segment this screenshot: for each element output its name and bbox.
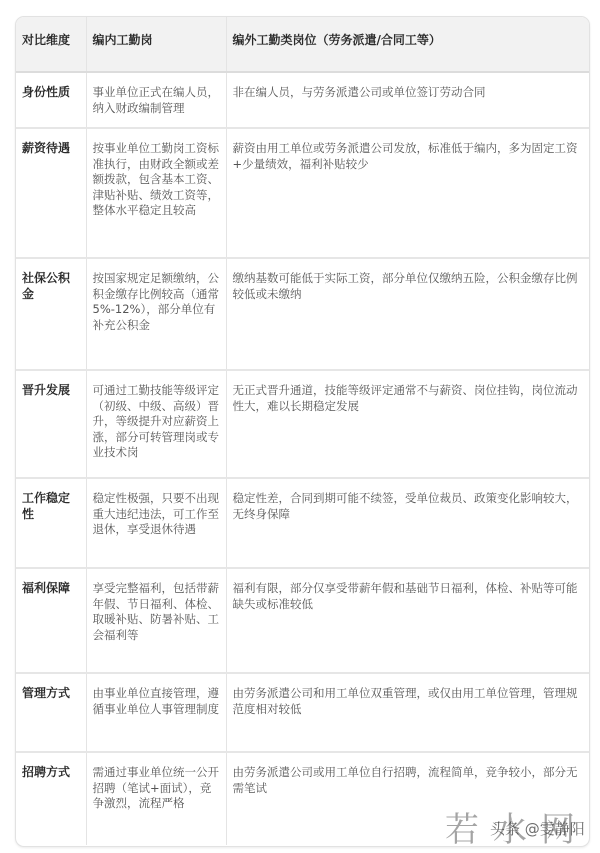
table-row: 薪资待遇 按事业单位工勤岗工资标准执行，由财政全额或差额拨款，包含基本工资、津贴…	[16, 128, 589, 258]
table-row: 晋升发展 可通过工勤技能等级评定（初级、中级、高级）晋升，等级提升对应薪资上涨，…	[16, 370, 589, 478]
row-dimension: 身份性质	[16, 72, 86, 128]
row-inside-value: 需通过事业单位统一公开招聘（笔试+面试），竞争激烈，流程严格	[86, 752, 226, 845]
row-inside-value: 可通过工勤技能等级评定（初级、中级、高级）晋升，等级提升对应薪资上涨，部分可转管…	[86, 370, 226, 478]
table-row: 福利保障 享受完整福利，包括带薪年假、节日福利、体检、取暖补贴、防暑补贴、工会福…	[16, 568, 589, 673]
table-row: 工作稳定性 稳定性极强，只要不出现重大违纪违法，可工作至退休，享受退休待遇 稳定…	[16, 478, 589, 568]
row-outside-value: 稳定性差，合同到期可能不续签，受单位裁员、政策变化影响较大，无终身保障	[226, 478, 589, 568]
row-dimension: 招聘方式	[16, 752, 86, 845]
row-dimension: 晋升发展	[16, 370, 86, 478]
table-header-row: 对比维度 编内工勤岗 编外工勤类岗位（劳务派遣/合同工等）	[16, 17, 589, 72]
row-inside-value: 稳定性极强，只要不出现重大违纪违法，可工作至退休，享受退休待遇	[86, 478, 226, 568]
row-dimension: 福利保障	[16, 568, 86, 673]
table-row: 社保公积金 按国家规定足额缴纳，公积金缴存比例较高（通常5%-12%），部分单位…	[16, 258, 589, 370]
row-outside-value: 由劳务派遣公司或用工单位自行招聘，流程简单，竞争较小，部分无需笔试	[226, 752, 589, 845]
header-outside-staff: 编外工勤类岗位（劳务派遣/合同工等）	[226, 17, 589, 72]
row-dimension: 工作稳定性	[16, 478, 86, 568]
row-inside-value: 按事业单位工勤岗工资标准执行，由财政全额或差额拨款，包含基本工资、津贴补贴、绩效…	[86, 128, 226, 258]
row-outside-value: 薪资由用工单位或劳务派遣公司发放，标准低于编内，多为固定工资+少量绩效，福利补贴…	[226, 128, 589, 258]
row-dimension: 薪资待遇	[16, 128, 86, 258]
table-row: 管理方式 由事业单位直接管理，遵循事业单位人事管理制度 由劳务派遣公司和用工单位…	[16, 673, 589, 752]
row-inside-value: 由事业单位直接管理，遵循事业单位人事管理制度	[86, 673, 226, 752]
row-inside-value: 按国家规定足额缴纳，公积金缴存比例较高（通常5%-12%），部分单位有补充公积金	[86, 258, 226, 370]
table-row: 招聘方式 需通过事业单位统一公开招聘（笔试+面试），竞争激烈，流程严格 由劳务派…	[16, 752, 589, 845]
row-outside-value: 缴纳基数可能低于实际工资，部分单位仅缴纳五险，公积金缴存比例较低或未缴纳	[226, 258, 589, 370]
row-outside-value: 由劳务派遣公司和用工单位双重管理，或仅由用工单位管理，管理规范度相对较低	[226, 673, 589, 752]
row-outside-value: 福利有限，部分仅享受带薪年假和基础节日福利，体检、补贴等可能缺失或标准较低	[226, 568, 589, 673]
header-dimension: 对比维度	[16, 17, 86, 72]
table-row: 身份性质 事业单位正式在编人员，纳入财政编制管理 非在编人员，与劳务派遣公司或单…	[16, 72, 589, 128]
row-inside-value: 事业单位正式在编人员，纳入财政编制管理	[86, 72, 226, 128]
row-outside-value: 非在编人员，与劳务派遣公司或单位签订劳动合同	[226, 72, 589, 128]
comparison-table-container: 对比维度 编内工勤岗 编外工勤类岗位（劳务派遣/合同工等） 身份性质 事业单位正…	[15, 16, 590, 847]
header-inside-staff: 编内工勤岗	[86, 17, 226, 72]
row-inside-value: 享受完整福利，包括带薪年假、节日福利、体检、取暖补贴、防暑补贴、工会福利等	[86, 568, 226, 673]
row-outside-value: 无正式晋升通道，技能等级评定通常不与薪资、岗位挂钩，岗位流动性大，难以长期稳定发…	[226, 370, 589, 478]
row-dimension: 管理方式	[16, 673, 86, 752]
comparison-table: 对比维度 编内工勤岗 编外工勤类岗位（劳务派遣/合同工等） 身份性质 事业单位正…	[16, 17, 589, 845]
row-dimension: 社保公积金	[16, 258, 86, 370]
